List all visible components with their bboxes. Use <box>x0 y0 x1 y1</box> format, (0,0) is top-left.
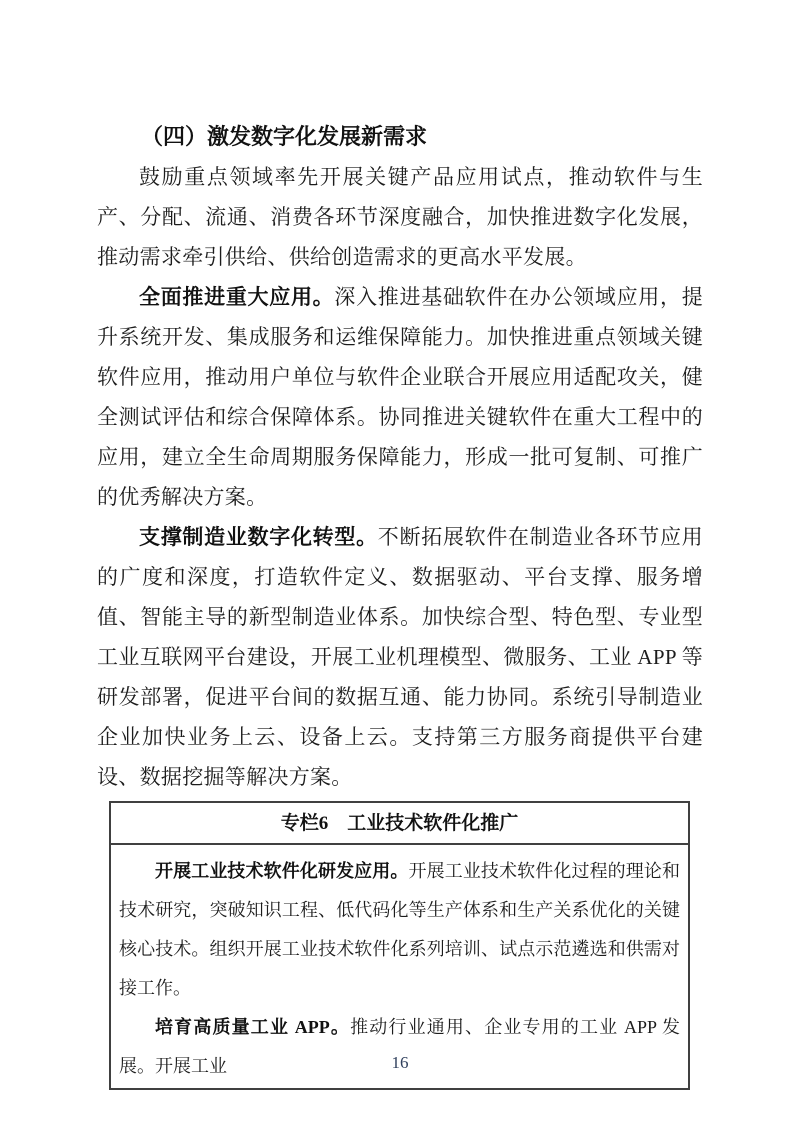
callout-paragraph-bold-lead: 开展工业技术软件化研发应用。 <box>155 861 409 881</box>
section-heading: （四）激发数字化发展新需求 <box>97 117 703 157</box>
paragraph: 鼓励重点领域率先开展关键产品应用试点，推动软件与生产、分配、流通、消费各环节深度… <box>97 157 703 277</box>
page-number: 16 <box>0 1051 800 1075</box>
callout-paragraph-text: 开展工业技术软件化过程的理论和技术研究，突破知识工程、低代码化等生产体系和生产关… <box>119 861 680 998</box>
paragraph: 全面推进重大应用。深入推进基础软件在办公领域应用，提升系统开发、集成服务和运维保… <box>97 277 703 517</box>
callout-box-title: 专栏6 工业技术软件化推广 <box>111 803 688 845</box>
callout-paragraph: 开展工业技术软件化研发应用。开展工业技术软件化过程的理论和技术研究，突破知识工程… <box>119 852 680 1008</box>
callout-paragraph-bold-lead: 培育高质量工业 APP。 <box>155 1017 350 1037</box>
paragraph-text: 鼓励重点领域率先开展关键产品应用试点，推动软件与生产、分配、流通、消费各环节深度… <box>97 165 703 269</box>
paragraph-bold-lead: 全面推进重大应用。 <box>139 285 334 309</box>
callout-box: 专栏6 工业技术软件化推广 开展工业技术软件化研发应用。开展工业技术软件化过程的… <box>109 801 690 1090</box>
paragraph: 支撑制造业数字化转型。不断拓展软件在制造业各环节应用的广度和深度，打造软件定义、… <box>97 517 703 797</box>
paragraph-text: 深入推进基础软件在办公领域应用，提升系统开发、集成服务和运维保障能力。加快推进重… <box>97 285 703 509</box>
paragraph-bold-lead: 支撑制造业数字化转型。 <box>139 525 378 549</box>
page-content: （四）激发数字化发展新需求 鼓励重点领域率先开展关键产品应用试点，推动软件与生产… <box>97 117 703 1090</box>
document-page: （四）激发数字化发展新需求 鼓励重点领域率先开展关键产品应用试点，推动软件与生产… <box>0 0 800 1131</box>
paragraph-text: 不断拓展软件在制造业各环节应用的广度和深度，打造软件定义、数据驱动、平台支撑、服… <box>97 525 703 789</box>
